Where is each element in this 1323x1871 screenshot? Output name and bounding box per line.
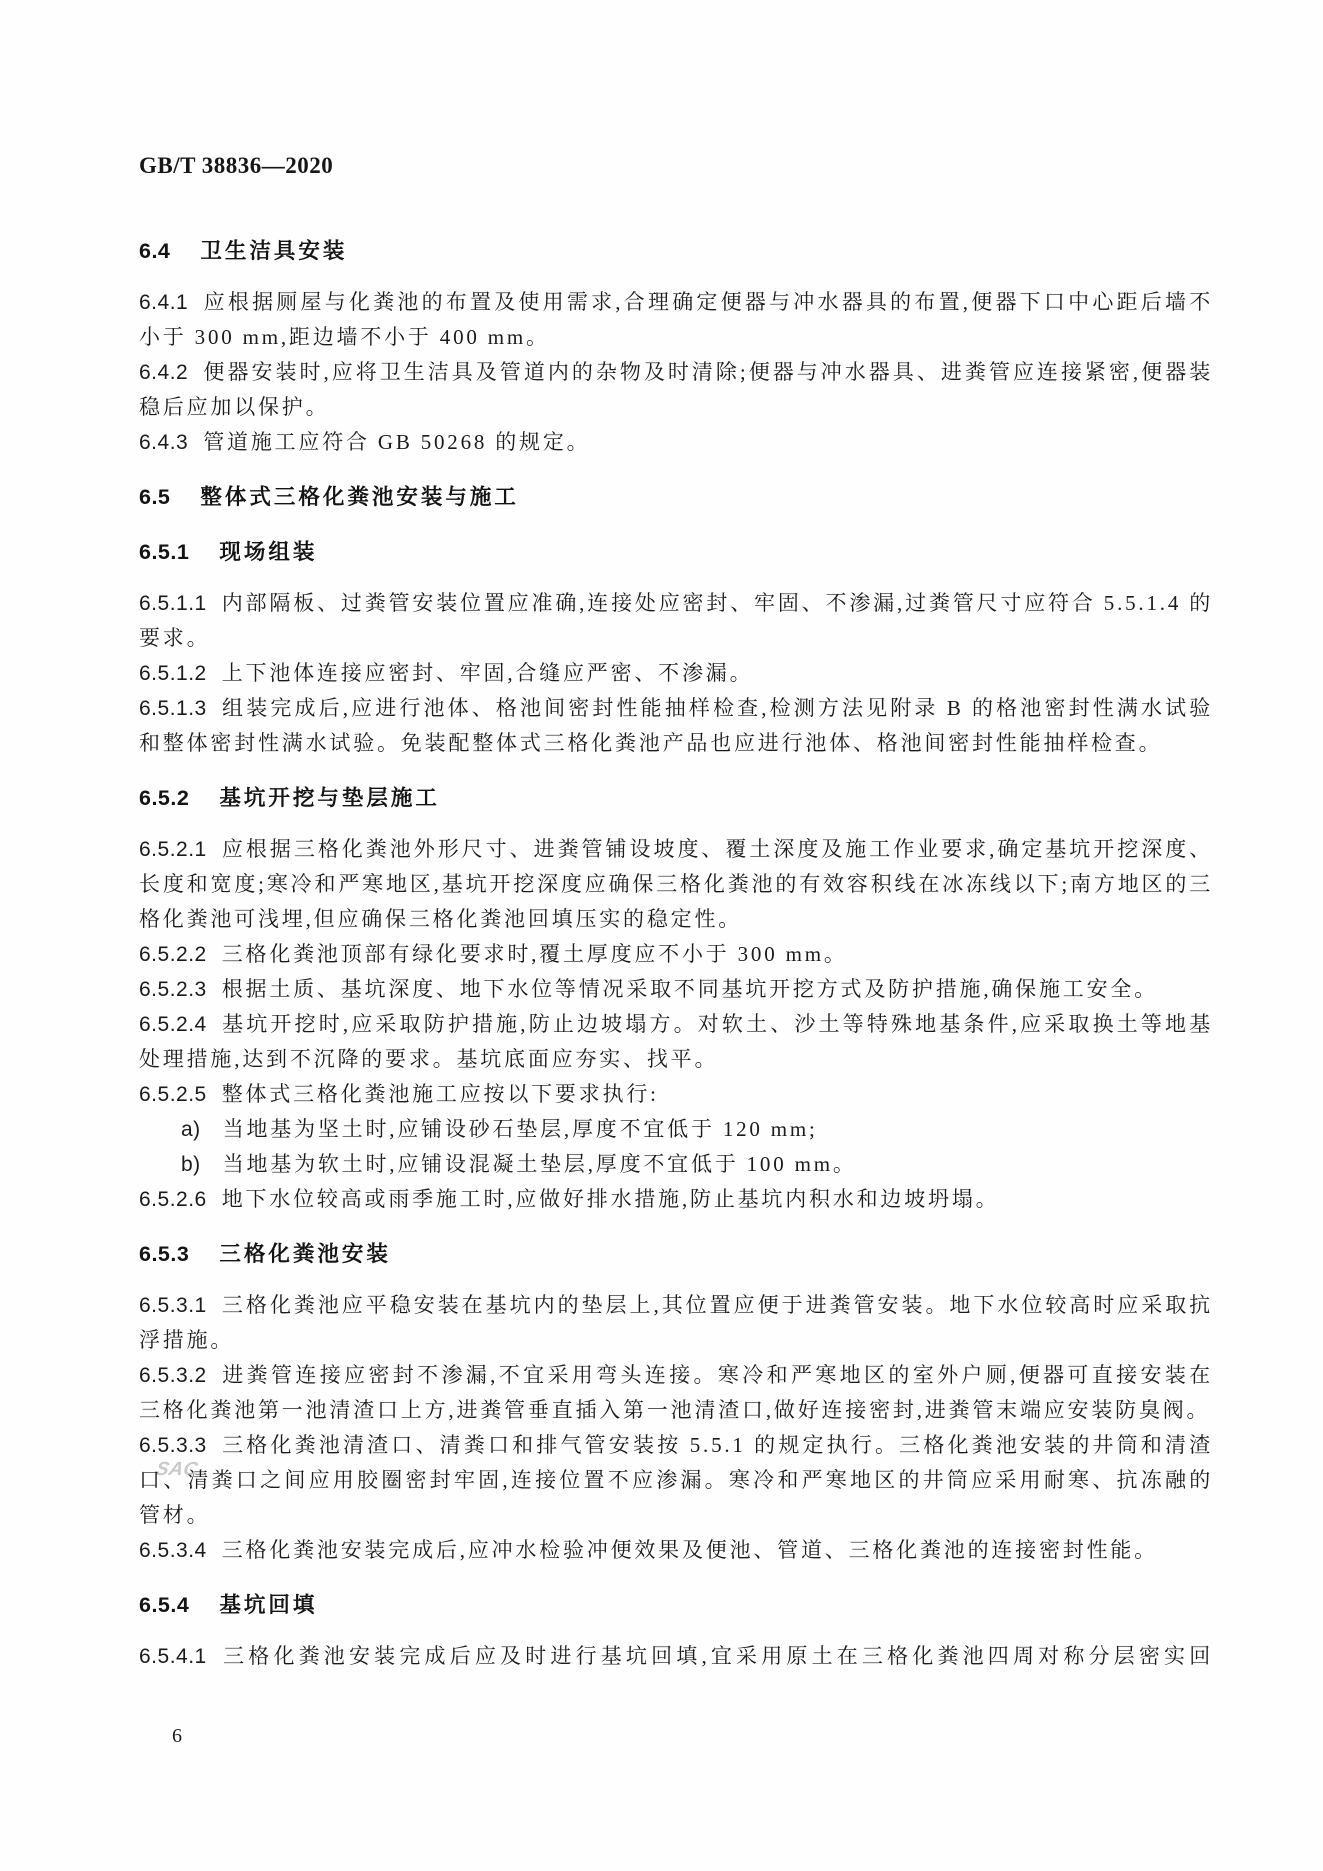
clause-text: 应根据三格化粪池外形尺寸、进粪管铺设坡度、覆土深度及施工作业要求,确定基坑开挖深…	[139, 837, 1213, 931]
document-page: GB/T 38836—2020 SAC 6.4卫生洁具安装 6.4.1应根据厕屋…	[0, 0, 1323, 1871]
heading-number: 6.5.2	[139, 786, 189, 810]
clause-6-5-1-3: 6.5.1.3组装完成后,应进行池体、格池间密封性能抽样检查,检测方法见附录 B…	[139, 691, 1213, 761]
clause-number: 6.5.1.3	[139, 697, 207, 720]
clause-6-4-2: 6.4.2便器安装时,应将卫生洁具及管道内的杂物及时清除;便器与冲水器具、进粪管…	[139, 355, 1213, 425]
clause-number: 6.4.2	[139, 361, 188, 384]
clause-number: 6.5.2.5	[139, 1083, 207, 1106]
clause-6-5-3-2: 6.5.3.2进粪管连接应密封不渗漏,不宜采用弯头连接。寒冷和严寒地区的室外户厕…	[139, 1358, 1213, 1428]
heading-title: 现场组装	[219, 540, 317, 564]
clause-number: 6.5.1.2	[139, 662, 207, 685]
clause-number: 6.5.1.1	[139, 592, 207, 615]
heading-title: 整体式三格化粪池安装与施工	[200, 485, 519, 509]
clause-6-5-2-5: 6.5.2.5整体式三格化粪池施工应按以下要求执行:	[139, 1077, 1213, 1112]
clause-text: 基坑开挖时,应采取防护措施,防止边坡塌方。对软土、沙土等特殊地基条件,应采取换土…	[139, 1012, 1213, 1071]
clause-6-5-2-6: 6.5.2.6地下水位较高或雨季施工时,应做好排水措施,防止基坑内积水和边坡坍塌…	[139, 1182, 1213, 1217]
heading-6-5-3: 6.5.3三格化粪池安装	[139, 1237, 1213, 1272]
document-body: 6.4卫生洁具安装 6.4.1应根据厕屋与化粪池的布置及使用需求,合理确定便器与…	[139, 214, 1213, 1674]
clause-text: 应根据厕屋与化粪池的布置及使用需求,合理确定便器与冲水器具的布置,便器下口中心距…	[139, 290, 1213, 349]
clause-6-5-3-3: 6.5.3.3三格化粪池清渣口、清粪口和排气管安装按 5.5.1 的规定执行。三…	[139, 1428, 1213, 1533]
heading-number: 6.4	[139, 239, 170, 263]
heading-title: 三格化粪池安装	[219, 1242, 391, 1266]
clause-6-4-1: 6.4.1应根据厕屋与化粪池的布置及使用需求,合理确定便器与冲水器具的布置,便器…	[139, 285, 1213, 355]
heading-title: 基坑回填	[219, 1593, 317, 1617]
clause-number: 6.5.3.3	[139, 1434, 207, 1457]
clause-6-4-3: 6.4.3管道施工应符合 GB 50268 的规定。	[139, 425, 1213, 460]
clause-6-5-2-4: 6.5.2.4基坑开挖时,应采取防护措施,防止边坡塌方。对软土、沙土等特殊地基条…	[139, 1007, 1213, 1077]
clause-6-5-2-2: 6.5.2.2三格化粪池顶部有绿化要求时,覆土厚度应不小于 300 mm。	[139, 937, 1213, 972]
list-item-b: b)当地基为软土时,应铺设混凝土垫层,厚度不宜低于 100 mm。	[139, 1147, 1213, 1182]
clause-number: 6.5.4.1	[139, 1645, 207, 1668]
clause-number: 6.5.3.4	[139, 1539, 207, 1562]
heading-6-5-4: 6.5.4基坑回填	[139, 1588, 1213, 1623]
clause-number: 6.5.3.1	[139, 1294, 207, 1317]
clause-number: 6.5.2.6	[139, 1188, 207, 1211]
list-item-text: 当地基为坚土时,应铺设砂石垫层,厚度不宜低于 120 mm;	[223, 1117, 818, 1141]
clause-text: 三格化粪池安装完成后,应冲水检验冲便效果及便池、管道、三格化粪池的连接密封性能。	[222, 1538, 1158, 1562]
clause-text: 管道施工应符合 GB 50268 的规定。	[203, 430, 590, 454]
list-item-text: 当地基为软土时,应铺设混凝土垫层,厚度不宜低于 100 mm。	[223, 1152, 857, 1176]
clause-text: 组装完成后,应进行池体、格池间密封性能抽样检查,检测方法见附录 B 的格池密封性…	[139, 696, 1213, 755]
clause-text: 根据土质、基坑深度、地下水位等情况采取不同基坑开挖方式及防护措施,确保施工安全。	[222, 977, 1158, 1001]
clause-text: 三格化粪池安装完成后应及时进行基坑回填,宜采用原土在三格化粪池四周对称分层密实回	[222, 1644, 1213, 1668]
clause-text: 整体式三格化粪池施工应按以下要求执行:	[222, 1082, 659, 1106]
heading-number: 6.5.1	[139, 540, 189, 564]
heading-title: 卫生洁具安装	[200, 239, 347, 263]
clause-number: 6.4.1	[139, 291, 188, 314]
heading-number: 6.5	[139, 485, 170, 509]
heading-6-4: 6.4卫生洁具安装	[139, 234, 1213, 269]
standard-number: GB/T 38836—2020	[139, 153, 333, 179]
clause-text: 内部隔板、过粪管安装位置应准确,连接处应密封、牢固、不渗漏,过粪管尺寸应符合 5…	[139, 591, 1213, 650]
clause-number: 6.5.2.3	[139, 978, 207, 1001]
clause-6-5-1-1: 6.5.1.1内部隔板、过粪管安装位置应准确,连接处应密封、牢固、不渗漏,过粪管…	[139, 586, 1213, 656]
clause-text: 三格化粪池应平稳安装在基坑内的垫层上,其位置应便于进粪管安装。地下水位较高时应采…	[139, 1293, 1213, 1352]
clause-text: 地下水位较高或雨季施工时,应做好排水措施,防止基坑内积水和边坡坍塌。	[222, 1187, 1000, 1211]
clause-number: 6.5.3.2	[139, 1364, 207, 1387]
page-number: 6	[172, 1722, 182, 1750]
clause-number: 6.5.2.1	[139, 838, 207, 861]
list-item-marker: a)	[181, 1118, 201, 1141]
heading-6-5-2: 6.5.2基坑开挖与垫层施工	[139, 781, 1213, 816]
clause-text: 上下池体连接应密封、牢固,合缝应严密、不渗漏。	[222, 661, 754, 685]
clause-number: 6.5.2.2	[139, 943, 207, 966]
clause-text: 三格化粪池清渣口、清粪口和排气管安装按 5.5.1 的规定执行。三格化粪池安装的…	[139, 1433, 1213, 1527]
clause-6-5-1-2: 6.5.1.2上下池体连接应密封、牢固,合缝应严密、不渗漏。	[139, 656, 1213, 691]
clause-6-5-4-1: 6.5.4.1三格化粪池安装完成后应及时进行基坑回填,宜采用原土在三格化粪池四周…	[139, 1639, 1213, 1674]
clause-6-5-3-4: 6.5.3.4三格化粪池安装完成后,应冲水检验冲便效果及便池、管道、三格化粪池的…	[139, 1533, 1213, 1568]
list-item-marker: b)	[181, 1153, 201, 1176]
heading-6-5: 6.5整体式三格化粪池安装与施工	[139, 480, 1213, 515]
heading-number: 6.5.4	[139, 1593, 189, 1617]
clause-number: 6.4.3	[139, 431, 188, 454]
clause-text: 便器安装时,应将卫生洁具及管道内的杂物及时清除;便器与冲水器具、进粪管应连接紧密…	[139, 360, 1213, 419]
clause-6-5-2-1: 6.5.2.1应根据三格化粪池外形尺寸、进粪管铺设坡度、覆土深度及施工作业要求,…	[139, 832, 1213, 937]
list-item-a: a)当地基为坚土时,应铺设砂石垫层,厚度不宜低于 120 mm;	[139, 1112, 1213, 1147]
clause-6-5-2-3: 6.5.2.3根据土质、基坑深度、地下水位等情况采取不同基坑开挖方式及防护措施,…	[139, 972, 1213, 1007]
clause-text: 进粪管连接应密封不渗漏,不宜采用弯头连接。寒冷和严寒地区的室外户厕,便器可直接安…	[139, 1363, 1213, 1422]
clause-number: 6.5.2.4	[139, 1013, 207, 1036]
clause-6-5-3-1: 6.5.3.1三格化粪池应平稳安装在基坑内的垫层上,其位置应便于进粪管安装。地下…	[139, 1288, 1213, 1358]
heading-number: 6.5.3	[139, 1242, 189, 1266]
heading-title: 基坑开挖与垫层施工	[219, 786, 440, 810]
heading-6-5-1: 6.5.1现场组装	[139, 535, 1213, 570]
clause-text: 三格化粪池顶部有绿化要求时,覆土厚度应不小于 300 mm。	[222, 942, 848, 966]
